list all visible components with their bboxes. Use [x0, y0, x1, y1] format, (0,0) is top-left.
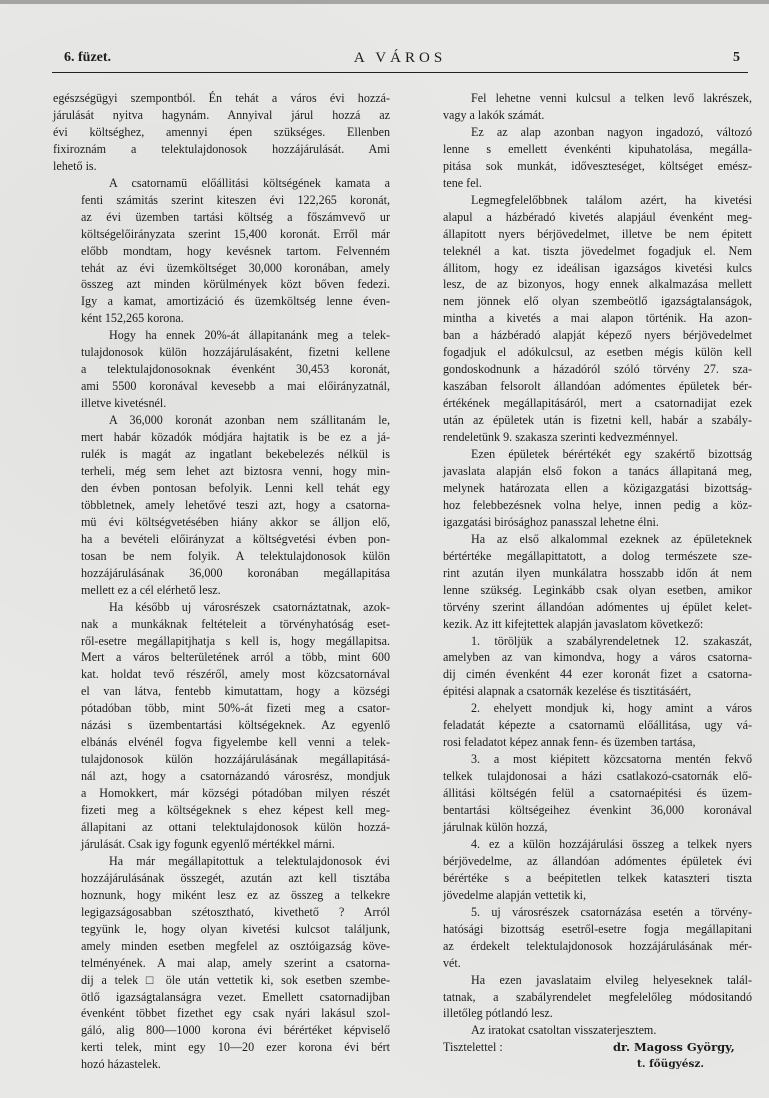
text-line: költségelőirányzata szerint 15,400 koron…: [53, 226, 390, 243]
text-line: állitom, hogy ez ideálisan igazságos kiv…: [415, 260, 752, 277]
text-line: fixiroznám a telektulajdonosok hozzájáru…: [53, 141, 390, 158]
text-line: pitása sok munkát, időveszteséget, költs…: [415, 158, 752, 175]
scanned-page: 6. füzet. A VÁROS 5 egészségügyi szempon…: [0, 0, 769, 1098]
text-line: állapitott nyers bérjövedelmet, illetve …: [415, 226, 752, 243]
text-line: Igy a kamat, amortizáció és üzemköltség …: [53, 293, 390, 310]
text-line: fizeti meg a költségeknek s ehez képest …: [53, 802, 390, 819]
text-line: állitási költségén felül a csatornaépité…: [415, 785, 752, 802]
text-line: összeg azt minden körülmények közt bőven…: [53, 276, 390, 293]
text-line: el van látva, fentebb kimutattam, hogy a…: [53, 683, 390, 700]
text-line: Hogy ha ennek 20%-át állapitanánk meg a …: [53, 327, 390, 344]
text-line: után az épületek után is fizetni kell, h…: [415, 412, 752, 429]
text-line: alapul a házbéradó kivetés alapjául éven…: [415, 209, 752, 226]
text-line: telményének. A mai alap, amely szerint a…: [53, 955, 390, 972]
text-line: tulajdonosok külön hozzájárulásának megá…: [53, 751, 390, 768]
text-line: 3. a most kiépitett közcsatorna mentén f…: [415, 751, 752, 768]
text-line: gondoskodnunk a házadóról szóló törvény …: [415, 361, 752, 378]
scan-edge: [0, 0, 769, 4]
paragraph: egészségügyi szempontból. Én tehát a vár…: [53, 90, 390, 175]
left-column: egészségügyi szempontból. Én tehát a vár…: [53, 90, 390, 1073]
paragraph: Ha ezen javaslataim elvileg helyeseknek …: [415, 972, 752, 1023]
text-line: rulék is magát az ingatlant bekebelezés …: [53, 446, 390, 463]
text-line: egészségügyi szempontból. Én tehát a vár…: [53, 90, 390, 107]
paragraph: Hogy ha ennek 20%-át állapitanánk meg a …: [53, 327, 390, 412]
text-line: kezik. Az itt kifejtettek alapján javasl…: [415, 616, 752, 633]
paragraph: Ha később uj városrészek csatornáztatnak…: [53, 599, 390, 853]
text-line: dij a telek □ öle után vettetik ki, sok …: [53, 972, 390, 989]
text-line: tulajdonosok külön hozzájárulásaként, fi…: [53, 344, 390, 361]
text-line: igazgatási birósághoz panasszal lehetne …: [415, 514, 752, 531]
text-line: járulását. Csak igy fogunk egyenlő mérté…: [53, 836, 390, 853]
paragraph: Ha már megállapitottuk a telektulajdonos…: [53, 853, 390, 1073]
text-line: názási s üzembentartási költségeknek. Az…: [53, 717, 390, 734]
text-line: az évi üzemben tartási költség a főszámv…: [53, 209, 390, 226]
text-line: mü évi költségvetésében hiány akkor se á…: [53, 514, 390, 531]
text-line: A 36,000 koronát azonban nem szállitanám…: [53, 412, 390, 429]
signature-role: t. főügyész.: [637, 1056, 704, 1073]
text-line: legigazságosabban szétosztható, kivethet…: [53, 904, 390, 921]
text-line: illetve kivetésnél.: [53, 395, 390, 412]
paragraph: Fel lehetne venni kulcsul a telken levő …: [415, 90, 752, 124]
text-line: évi költséghez, amennyi épen szükséges. …: [53, 124, 390, 141]
text-line: törvény szerint állandóan adómentes uj é…: [415, 599, 752, 616]
journal-title: A VÁROS: [52, 50, 748, 67]
text-line: Ezen épületek bérértékét egy szakértő bi…: [415, 446, 752, 463]
text-line: den évben pontosan befolyik. Lenni kell …: [53, 480, 390, 497]
text-line: tene fel.: [415, 175, 752, 192]
text-line: Legmegfelelőbbnek találom azért, ha kive…: [415, 192, 752, 209]
text-line: tatnak, a szabályrendelet megfelelőleg m…: [415, 989, 752, 1006]
paragraph: Ez az alap azonban nagyon ingadozó, vált…: [415, 124, 752, 192]
text-line: értékének megállapitásáról, mert a csato…: [415, 395, 752, 412]
text-line: tehát az évi üzemköltséget 30,000 koroná…: [53, 260, 390, 277]
text-line: kaszában felsorolt állandóan adómentes é…: [415, 378, 752, 395]
text-line: ről-esetre megállapitjhatja s kell is, h…: [53, 633, 390, 650]
paragraph: 5. uj városrészek csatornázása esetén a …: [415, 904, 752, 972]
text-line: gáló, alig 800—1000 korona évi bérértéke…: [53, 1022, 390, 1039]
text-line: dij cimén évenként 44 ezer koronát fizet…: [415, 666, 752, 683]
text-line: teleknél a kat. tiszta jövedelmet fogadj…: [415, 243, 752, 260]
text-line: évenként többet fizethet egy csak nyári …: [53, 1005, 390, 1022]
text-line: fogadjuk el adókulcsul, az esetben mégis…: [415, 344, 752, 361]
text-line: amely minden esetben megfelel az osztóig…: [53, 938, 390, 955]
text-line: mellett ez a cél elérhető lesz.: [53, 582, 390, 599]
text-line: az érdekelt telektulajdonosok hozzájárul…: [415, 938, 752, 955]
text-line: 5. uj városrészek csatornázása esetén a …: [415, 904, 752, 921]
text-line: bérjövedelme, az állandóan adómentes épü…: [415, 853, 752, 870]
text-line: amelyben az van kimondva, hogy a város c…: [415, 649, 752, 666]
text-line: Az iratokat csatoltan visszaterjesztem.: [415, 1022, 752, 1039]
text-line: elbánás elvénél fogva figyelembe kell ve…: [53, 734, 390, 751]
page-header: 6. füzet. A VÁROS 5: [52, 50, 748, 73]
paragraph: Legmegfelelőbbnek találom azért, ha kive…: [415, 192, 752, 446]
text-line: tegyünk le, hogy olyan kivetési kulcsot …: [53, 921, 390, 938]
text-line: Fel lehetne venni kulcsul a telken levő …: [415, 90, 752, 107]
right-column: Fel lehetne venni kulcsul a telken levő …: [415, 90, 752, 1073]
text-line: bérértéke s a beépitetlen telkek kataszt…: [415, 870, 752, 887]
text-line: bentartási költségeihez évenkint 36,000 …: [415, 802, 752, 819]
text-line: rosi feladatot képez annak fenn- és üzem…: [415, 734, 752, 751]
text-line: Ha már megállapitottuk a telektulajdonos…: [53, 853, 390, 870]
text-line: lesz, de az bizonyos, hogy ennek alkalma…: [415, 276, 752, 293]
text-line: hatósági bizottság esetről-esetre fogja …: [415, 921, 752, 938]
signature-block: Tisztelettel :dr. Magoss György,t. főügy…: [415, 1039, 752, 1073]
page-number: 5: [733, 50, 740, 66]
paragraph: A 36,000 koronát azonban nem szállitanám…: [53, 412, 390, 598]
paragraph: 3. a most kiépitett közcsatorna mentén f…: [415, 751, 752, 836]
text-line: lenne szükség. Leginkább csak olyan eset…: [415, 582, 752, 599]
text-line: a telektulajdonosoknak évenként 30,453 k…: [53, 361, 390, 378]
signature-name: dr. Magoss György,: [613, 1039, 735, 1056]
text-line: rendeletünk 9. szakasza szerinti kedvezm…: [415, 429, 752, 446]
paragraph: 2. ehelyett mondjuk ki, hogy amint a vár…: [415, 700, 752, 751]
text-line: ami 5500 koronával kevesebb a mai előirá…: [53, 378, 390, 395]
text-line: a Homokkert, már községi pótadóban milye…: [53, 785, 390, 802]
text-line: előbb mondtam, hogy kevésnek tartom. Fel…: [53, 243, 390, 260]
text-line: rint azután ilyen munkálatra hosszabb id…: [415, 565, 752, 582]
text-line: bértértéke megállapittatott, a dolog ter…: [415, 548, 752, 565]
paragraph: Ha az első alkalommal ezeknek az épülete…: [415, 531, 752, 633]
text-line: 1. töröljük a szabályrendeletnek 12. sza…: [415, 633, 752, 650]
text-line: hoznunk, hogy miként lesz ez az összeg a…: [53, 887, 390, 904]
text-line: Ha az első alkalommal ezeknek az épülete…: [415, 531, 752, 548]
paragraph: 1. töröljük a szabályrendeletnek 12. sza…: [415, 633, 752, 701]
text-line: fenti számitás szerint kiteszen évi 122,…: [53, 192, 390, 209]
text-line: javaslata alapján első fokon a tanács ál…: [415, 463, 752, 480]
paragraph: A csatornamü előállitási költségének kam…: [53, 175, 390, 328]
text-line: kerti telek, mint egy 10—20 ezer korona …: [53, 1039, 390, 1056]
text-line: tosan be nem folyik. A telektulajdonosok…: [53, 548, 390, 565]
text-line: mintha a kivetés a mai alapon történik. …: [415, 310, 752, 327]
text-line: Ha később uj városrészek csatornáztatnak…: [53, 599, 390, 616]
paragraph: 4. ez a külön hozzájárulási összeg a tel…: [415, 836, 752, 904]
text-line: melynek határozata ellen a közigazgatási…: [415, 480, 752, 497]
text-line: nak a munkáknak feltételeit a törvényhat…: [53, 616, 390, 633]
text-line: ként 152,265 korona.: [53, 310, 390, 327]
text-line: Mert a város belterületének arról a több…: [53, 649, 390, 666]
text-line: jövedelme alapján vettetik ki,: [415, 887, 752, 904]
text-line: lehető is.: [53, 158, 390, 175]
text-line: többletnek, amely lehetővé teszi azt, ho…: [53, 497, 390, 514]
text-line: lenne s emellett évenkénti kipuhatolása,…: [415, 141, 752, 158]
text-line: járulnak külön hozzá,: [415, 819, 752, 836]
text-line: nál azt, hogy a csatornázandó városrész,…: [53, 768, 390, 785]
text-line: Ez az alap azonban nagyon ingadozó, vált…: [415, 124, 752, 141]
text-line: ban a házbéradó alapját képező nyers bér…: [415, 327, 752, 344]
signature-greeting: Tisztelettel :: [443, 1039, 503, 1056]
text-line: 4. ez a külön hozzájárulási összeg a tel…: [415, 836, 752, 853]
text-line: kat. holdat tevő részéről, amely most kö…: [53, 666, 390, 683]
text-line: hoz felebbezésnek volna helye, innen ped…: [415, 497, 752, 514]
text-line: terheli, még sem lehet azt biztosra venn…: [53, 463, 390, 480]
text-line: illetőleg pótlandó lesz.: [415, 1005, 752, 1022]
text-line: Ha ezen javaslataim elvileg helyeseknek …: [415, 972, 752, 989]
text-line: vét.: [415, 955, 752, 972]
text-line: A csatornamü előállitási költségének kam…: [53, 175, 390, 192]
text-line: feladatát képezte a csatornamü előállitá…: [415, 717, 752, 734]
paragraph: Ezen épületek bérértékét egy szakértő bi…: [415, 446, 752, 531]
text-line: nem jönnek elő olyan szembeötlő igazságt…: [415, 293, 752, 310]
text-line: 2. ehelyett mondjuk ki, hogy amint a vár…: [415, 700, 752, 717]
text-line: hozzájárulásának összegét, azután azt ke…: [53, 870, 390, 887]
text-line: hozó házastelek.: [53, 1056, 390, 1073]
text-line: telkek tulajdonosai a házi csatlakozó-cs…: [415, 768, 752, 785]
text-line: vagy a lakók számát.: [415, 107, 752, 124]
text-line: pótadóban több, mint 50%-át fizeti meg a…: [53, 700, 390, 717]
text-line: ha a bevételi előirányzat a költségvetés…: [53, 531, 390, 548]
text-line: állapitani az ottani telektulajdonosok k…: [53, 819, 390, 836]
text-line: mert habár közadók módjára hajtatik is b…: [53, 429, 390, 446]
text-line: ötlő igazságtalanságra vezet. Emellett c…: [53, 989, 390, 1006]
paragraph: Az iratokat csatoltan visszaterjesztem.: [415, 1022, 752, 1039]
text-line: épitési alapnak a csatornák kezelése és …: [415, 683, 752, 700]
text-line: járulását nyitva hagynám. Annyival járul…: [53, 107, 390, 124]
text-line: hozzájárulásának 36,000 koronában megáll…: [53, 565, 390, 582]
